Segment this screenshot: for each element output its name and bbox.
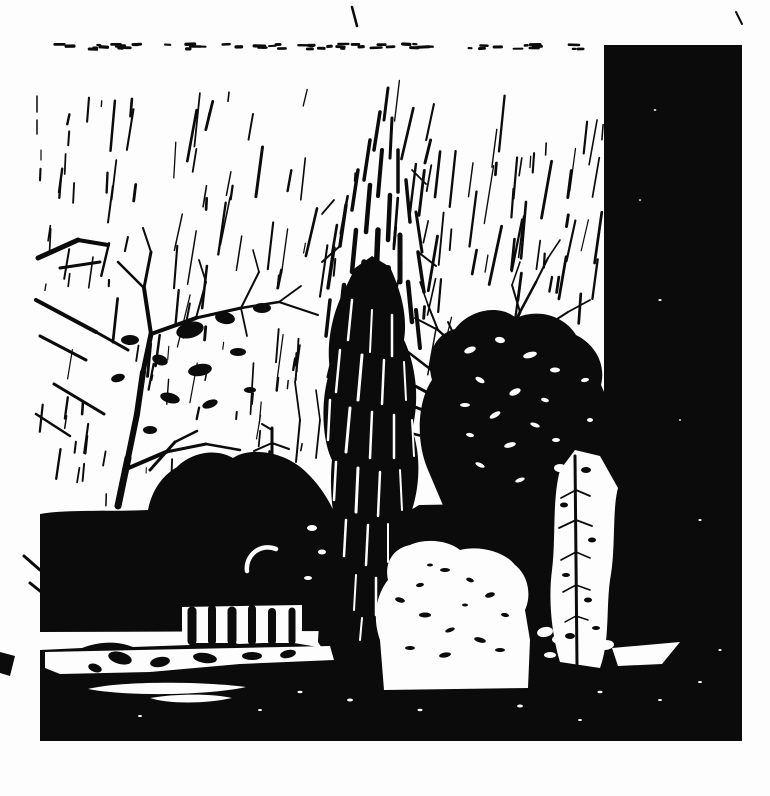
right-black-panel [604,45,742,741]
linocut-svg [0,0,770,796]
fence-light-strip [182,605,302,643]
artwork-figure [0,0,770,796]
right-black-panel [604,45,742,741]
